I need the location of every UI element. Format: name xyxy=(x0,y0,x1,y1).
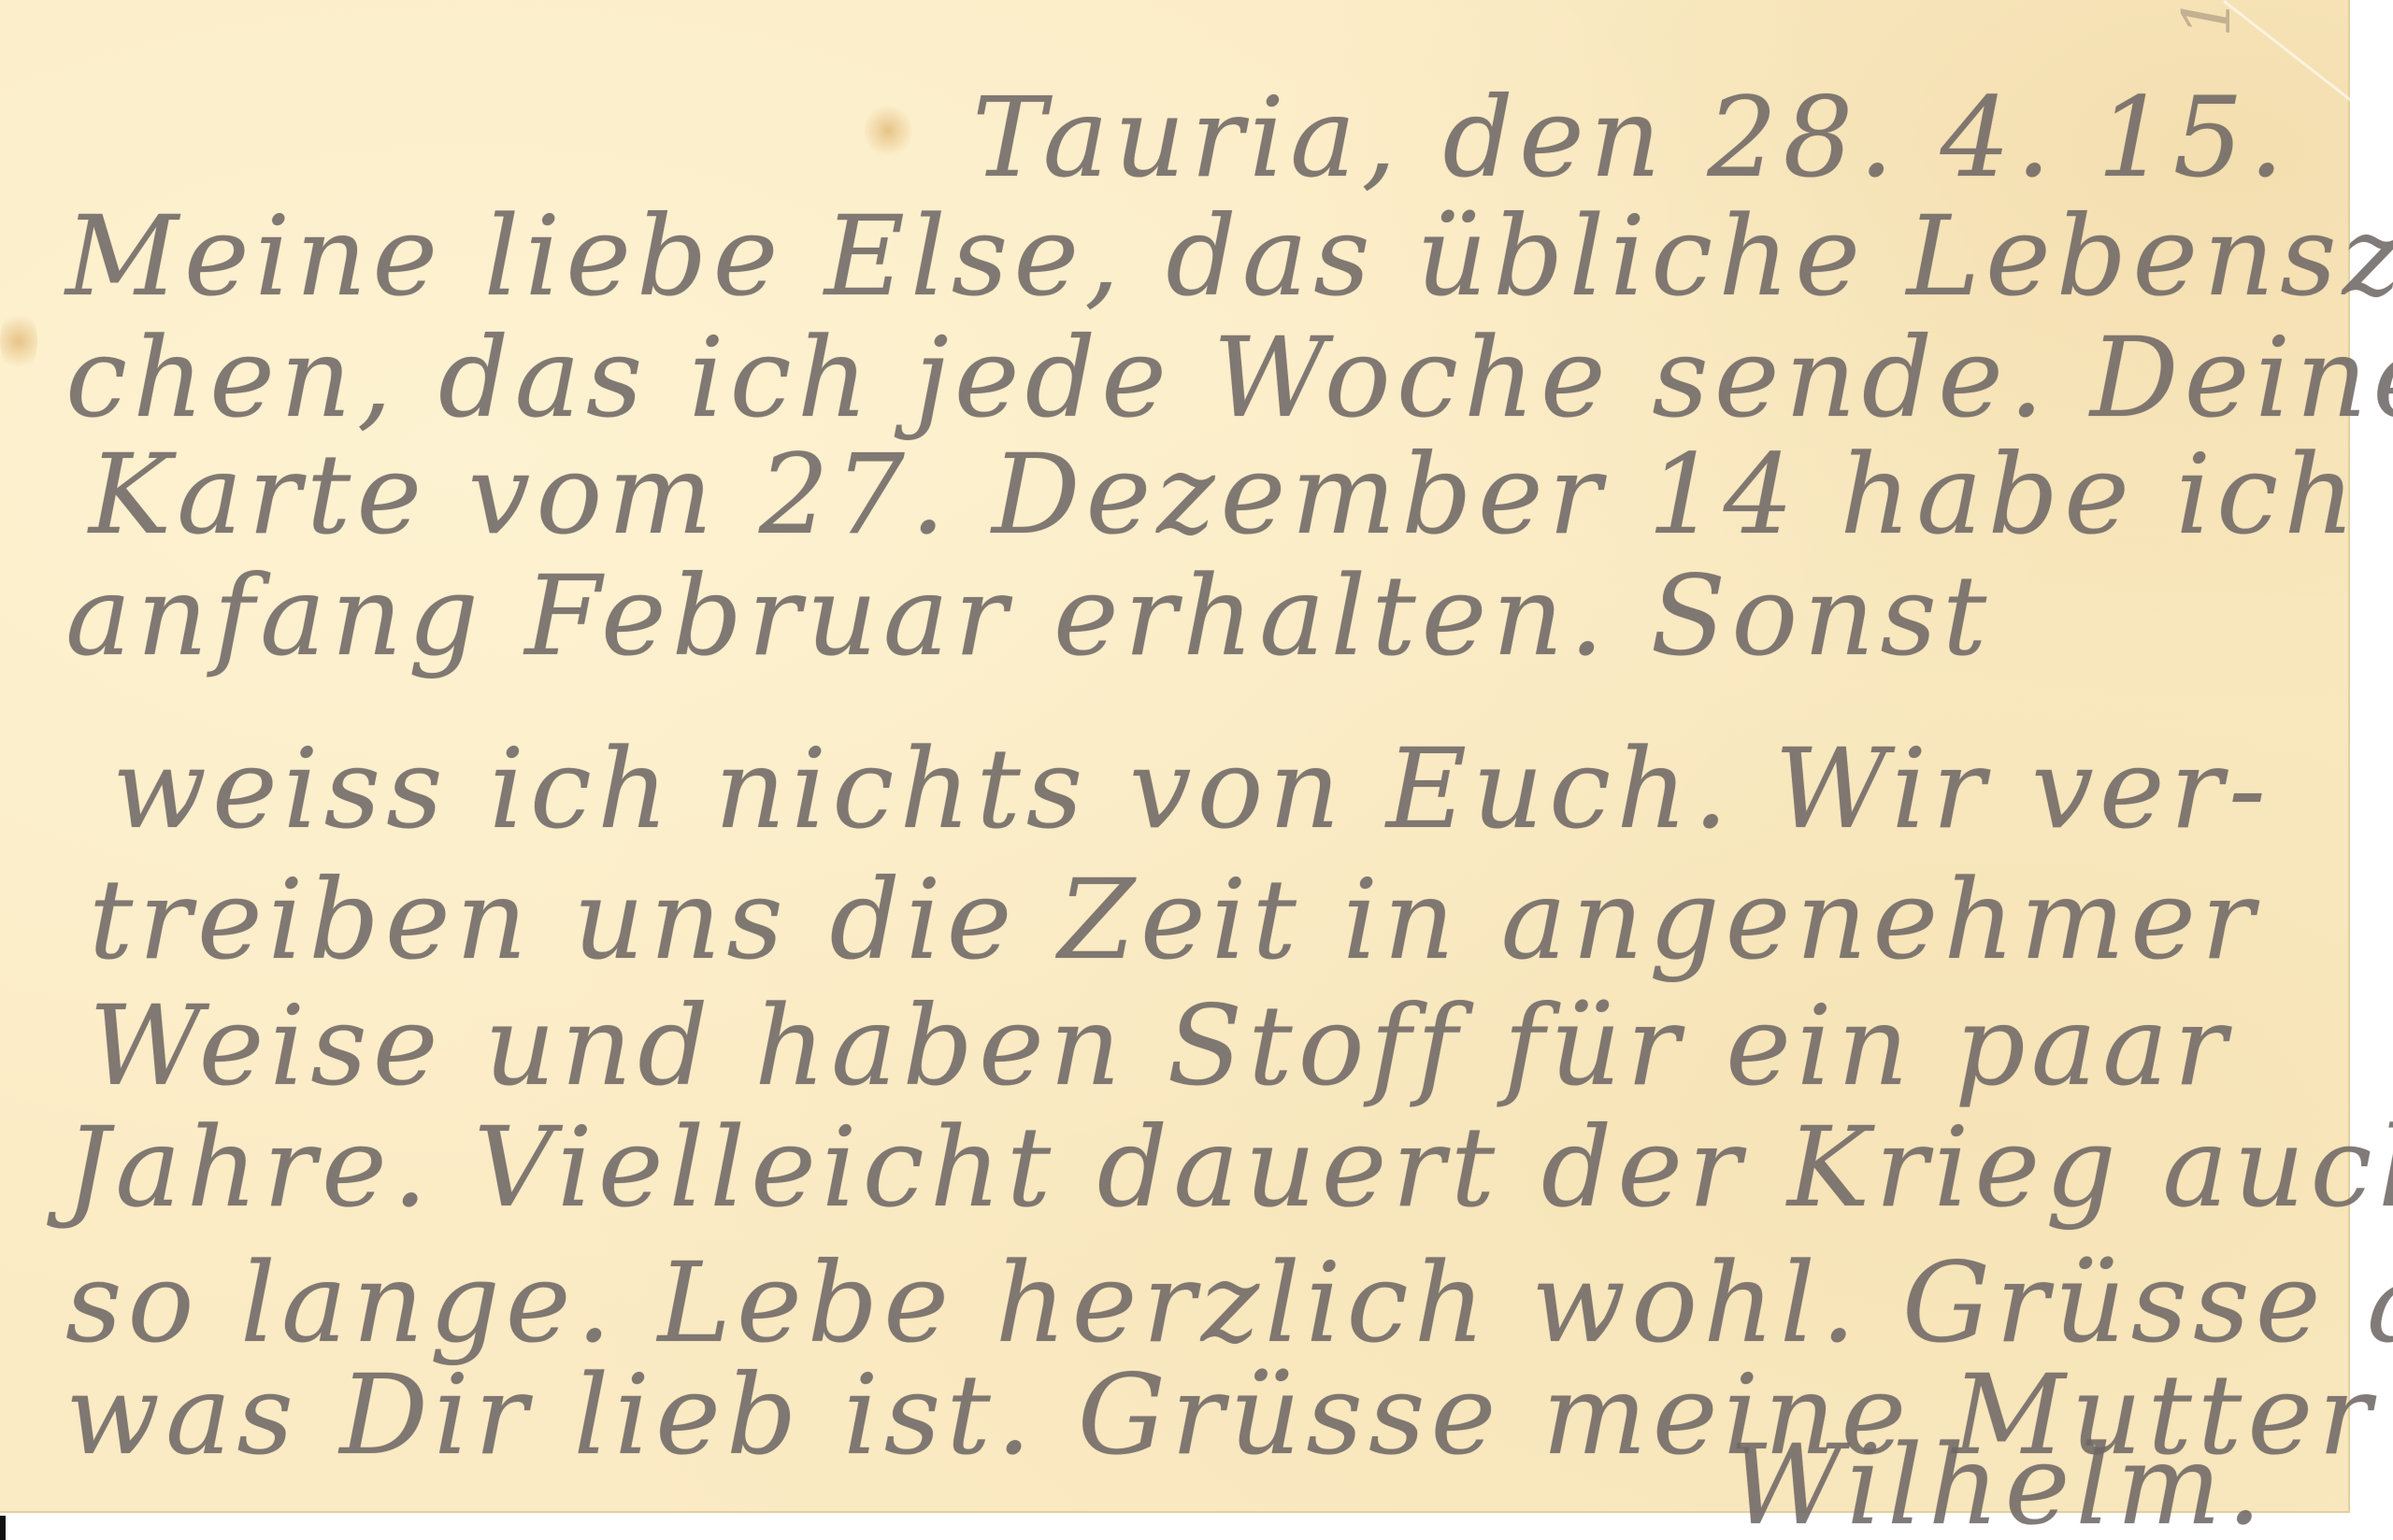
letter-line-7: Weise und haben Stoff für ein paar xyxy=(89,991,2232,1101)
postcard: 135 Tauria, den 28. 4. 15. Meine liebe E… xyxy=(0,0,2350,1513)
letter-line-3: Karte vom 27. Dezember 14 habe ich xyxy=(89,439,2360,549)
stain-spot xyxy=(865,103,911,159)
place-date: Tauria, den 28. 4. 15. xyxy=(972,82,2289,192)
letter-line-9: so lange. Lebe herzlich wohl. Grüsse all… xyxy=(65,1248,2393,1358)
letter-line-5: weiss ich nichts von Euch. Wir ver- xyxy=(112,734,2271,844)
stain-spot xyxy=(0,308,37,374)
letter-line-4: anfang Februar erhalten. Sonst xyxy=(65,561,1992,671)
letter-line-1: Meine liebe Else, das übliche Lebenszei- xyxy=(65,201,2393,311)
letter-line-8: Jahre. Vielleicht dauert der Krieg auch xyxy=(65,1112,2393,1222)
letter-line-2: chen, das ich jede Woche sende. Deine xyxy=(65,322,2393,433)
signature: Wilhelm. xyxy=(1729,1430,2268,1540)
scan-edge-mark xyxy=(0,1516,6,1540)
margin-annotation: 135 xyxy=(2169,0,2245,37)
letter-line-6: treiben uns die Zeit in angenehmer xyxy=(89,864,2259,975)
